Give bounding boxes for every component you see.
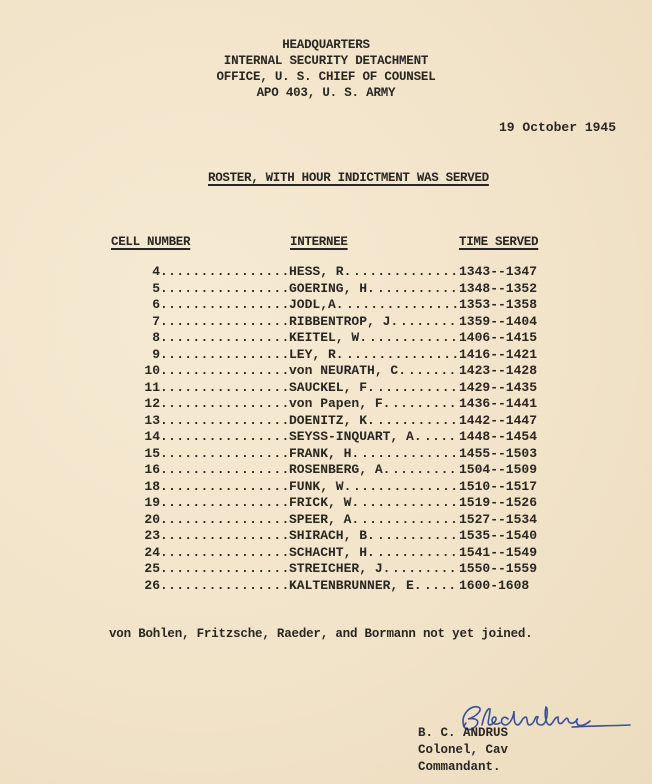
time-served: 1406--1415 bbox=[459, 330, 537, 345]
leader-dots: ........................................… bbox=[392, 561, 458, 576]
table-row: 19......................................… bbox=[0, 495, 652, 511]
internee-name: ROSENBERG, A. bbox=[289, 462, 390, 477]
table-row: 24......................................… bbox=[0, 545, 652, 561]
leader-dots: ........................................… bbox=[361, 495, 458, 510]
table-row: 12......................................… bbox=[0, 396, 652, 412]
leader-dots: ........................................… bbox=[160, 347, 288, 362]
time-served: 1510--1517 bbox=[459, 479, 537, 494]
internee-name: KEITEL, W. bbox=[289, 330, 367, 345]
leader-dots: ........................................… bbox=[361, 512, 458, 527]
leader-dots: ........................................… bbox=[377, 528, 458, 543]
cell-number: 25 bbox=[110, 561, 160, 576]
leader-dots: ........................................… bbox=[424, 578, 458, 593]
table-row: 20......................................… bbox=[0, 512, 652, 528]
time-served: 1429--1435 bbox=[459, 380, 537, 395]
internee-name: SCHACHT, H. bbox=[289, 545, 375, 560]
time-served: 1448--1454 bbox=[459, 429, 537, 444]
signatory-name: B. C. ANDRUS bbox=[418, 725, 508, 742]
time-served: 1541--1549 bbox=[459, 545, 537, 560]
time-served: 1455--1503 bbox=[459, 446, 537, 461]
cell-number: 6 bbox=[110, 297, 160, 312]
leader-dots: ........................................… bbox=[160, 561, 288, 576]
table-row: 11......................................… bbox=[0, 380, 652, 396]
time-served: 1504--1509 bbox=[459, 462, 537, 477]
signatory-rank: Colonel, Cav bbox=[418, 742, 508, 759]
table-row: 5.......................................… bbox=[0, 281, 652, 297]
time-served: 1527--1534 bbox=[459, 512, 537, 527]
leader-dots: ........................................… bbox=[160, 512, 288, 527]
cell-number: 8 bbox=[110, 330, 160, 345]
leader-dots: ........................................… bbox=[160, 264, 288, 279]
internee-name: RIBBENTROP, J. bbox=[289, 314, 398, 329]
leader-dots: ........................................… bbox=[377, 545, 458, 560]
time-served: 1359--1404 bbox=[459, 314, 537, 329]
table-row: 16......................................… bbox=[0, 462, 652, 478]
internee-name: KALTENBRUNNER, E. bbox=[289, 578, 422, 593]
time-served: 1519--1526 bbox=[459, 495, 537, 510]
time-served: 1550--1559 bbox=[459, 561, 537, 576]
table-row: 15......................................… bbox=[0, 446, 652, 462]
internee-name: von NEURATH, C. bbox=[289, 363, 406, 378]
leader-dots: ........................................… bbox=[369, 330, 458, 345]
letterhead-office: OFFICE, U. S. CHIEF OF COUNSEL bbox=[0, 70, 652, 84]
cell-number: 18 bbox=[110, 479, 160, 494]
leader-dots: ........................................… bbox=[377, 413, 458, 428]
leader-dots: ........................................… bbox=[160, 380, 288, 395]
leader-dots: ........................................… bbox=[160, 545, 288, 560]
time-served: 1416--1421 bbox=[459, 347, 537, 362]
letterhead-detachment: INTERNAL SECURITY DETACHMENT bbox=[0, 54, 652, 68]
internee-name: SPEER, A. bbox=[289, 512, 359, 527]
cell-number: 10 bbox=[110, 363, 160, 378]
leader-dots: ........................................… bbox=[160, 578, 288, 593]
leader-dots: ........................................… bbox=[160, 429, 288, 444]
time-served: 1348--1352 bbox=[459, 281, 537, 296]
internee-name: STREICHER, J. bbox=[289, 561, 390, 576]
leader-dots: ........................................… bbox=[353, 264, 458, 279]
leader-dots: ........................................… bbox=[346, 297, 458, 312]
internee-name: SEYSS-INQUART, A. bbox=[289, 429, 422, 444]
table-row: 13......................................… bbox=[0, 413, 652, 429]
leader-dots: ........................................… bbox=[392, 462, 458, 477]
column-header-cell-number: CELL NUMBER bbox=[111, 235, 190, 249]
internee-name: von Papen, F. bbox=[289, 396, 390, 411]
leader-dots: ........................................… bbox=[160, 446, 288, 461]
cell-number: 5 bbox=[110, 281, 160, 296]
leader-dots: ........................................… bbox=[160, 462, 288, 477]
cell-number: 9 bbox=[110, 347, 160, 362]
cell-number: 14 bbox=[110, 429, 160, 444]
cell-number: 23 bbox=[110, 528, 160, 543]
leader-dots: ........................................… bbox=[424, 429, 458, 444]
leader-dots: ........................................… bbox=[160, 396, 288, 411]
time-served: 1423--1428 bbox=[459, 363, 537, 378]
cell-number: 19 bbox=[110, 495, 160, 510]
leader-dots: ........................................… bbox=[160, 363, 288, 378]
document-title: ROSTER, WITH HOUR INDICTMENT WAS SERVED bbox=[208, 171, 489, 185]
table-row: 23......................................… bbox=[0, 528, 652, 544]
table-row: 25......................................… bbox=[0, 561, 652, 577]
table-row: 26......................................… bbox=[0, 578, 652, 594]
column-header-time-served: TIME SERVED bbox=[459, 235, 538, 249]
internee-name: FUNK, W. bbox=[289, 479, 351, 494]
cell-number: 4 bbox=[110, 264, 160, 279]
letterhead-headquarters: HEADQUARTERS bbox=[0, 38, 652, 52]
time-served: 1600-1608 bbox=[459, 578, 529, 593]
cell-number: 24 bbox=[110, 545, 160, 560]
leader-dots: ........................................… bbox=[160, 413, 288, 428]
leader-dots: ........................................… bbox=[408, 363, 458, 378]
leader-dots: ........................................… bbox=[400, 314, 458, 329]
leader-dots: ........................................… bbox=[346, 347, 458, 362]
table-row: 10......................................… bbox=[0, 363, 652, 379]
internee-name: LEY, R. bbox=[289, 347, 344, 362]
internee-name: HESS, R. bbox=[289, 264, 351, 279]
table-row: 7.......................................… bbox=[0, 314, 652, 330]
leader-dots: ........................................… bbox=[160, 330, 288, 345]
internee-name: SAUCKEL, F. bbox=[289, 380, 375, 395]
leader-dots: ........................................… bbox=[377, 380, 458, 395]
time-served: 1343--1347 bbox=[459, 264, 537, 279]
leader-dots: ........................................… bbox=[392, 396, 458, 411]
table-row: 9.......................................… bbox=[0, 347, 652, 363]
cell-number: 13 bbox=[110, 413, 160, 428]
cell-number: 11 bbox=[110, 380, 160, 395]
leader-dots: ........................................… bbox=[160, 528, 288, 543]
column-header-internee: INTERNEE bbox=[290, 235, 348, 249]
cell-number: 7 bbox=[110, 314, 160, 329]
internee-name: FRICK, W. bbox=[289, 495, 359, 510]
internee-name: JODL,A. bbox=[289, 297, 344, 312]
leader-dots: ........................................… bbox=[160, 281, 288, 296]
leader-dots: ........................................… bbox=[377, 281, 458, 296]
cell-number: 16 bbox=[110, 462, 160, 477]
table-row: 18......................................… bbox=[0, 479, 652, 495]
document-date: 19 October 1945 bbox=[499, 120, 616, 135]
time-served: 1353--1358 bbox=[459, 297, 537, 312]
table-row: 6.......................................… bbox=[0, 297, 652, 313]
time-served: 1535--1540 bbox=[459, 528, 537, 543]
document-page: HEADQUARTERS INTERNAL SECURITY DETACHMEN… bbox=[0, 0, 652, 784]
cell-number: 26 bbox=[110, 578, 160, 593]
signatory-title: Commandant. bbox=[418, 759, 501, 776]
table-row: 8.......................................… bbox=[0, 330, 652, 346]
cell-number: 15 bbox=[110, 446, 160, 461]
time-served: 1436--1441 bbox=[459, 396, 537, 411]
internee-name: GOERING, H. bbox=[289, 281, 375, 296]
leader-dots: ........................................… bbox=[160, 297, 288, 312]
leader-dots: ........................................… bbox=[160, 495, 288, 510]
leader-dots: ........................................… bbox=[361, 446, 458, 461]
time-served: 1442--1447 bbox=[459, 413, 537, 428]
leader-dots: ........................................… bbox=[160, 479, 288, 494]
leader-dots: ........................................… bbox=[160, 314, 288, 329]
note-not-yet-joined: von Bohlen, Fritzsche, Raeder, and Borma… bbox=[109, 627, 532, 641]
table-row: 4.......................................… bbox=[0, 264, 652, 280]
letterhead-apo: APO 403, U. S. ARMY bbox=[0, 86, 652, 100]
internee-name: FRANK, H. bbox=[289, 446, 359, 461]
leader-dots: ........................................… bbox=[353, 479, 458, 494]
internee-name: DOENITZ, K. bbox=[289, 413, 375, 428]
internee-name: SHIRACH, B. bbox=[289, 528, 375, 543]
table-row: 14......................................… bbox=[0, 429, 652, 445]
cell-number: 12 bbox=[110, 396, 160, 411]
cell-number: 20 bbox=[110, 512, 160, 527]
